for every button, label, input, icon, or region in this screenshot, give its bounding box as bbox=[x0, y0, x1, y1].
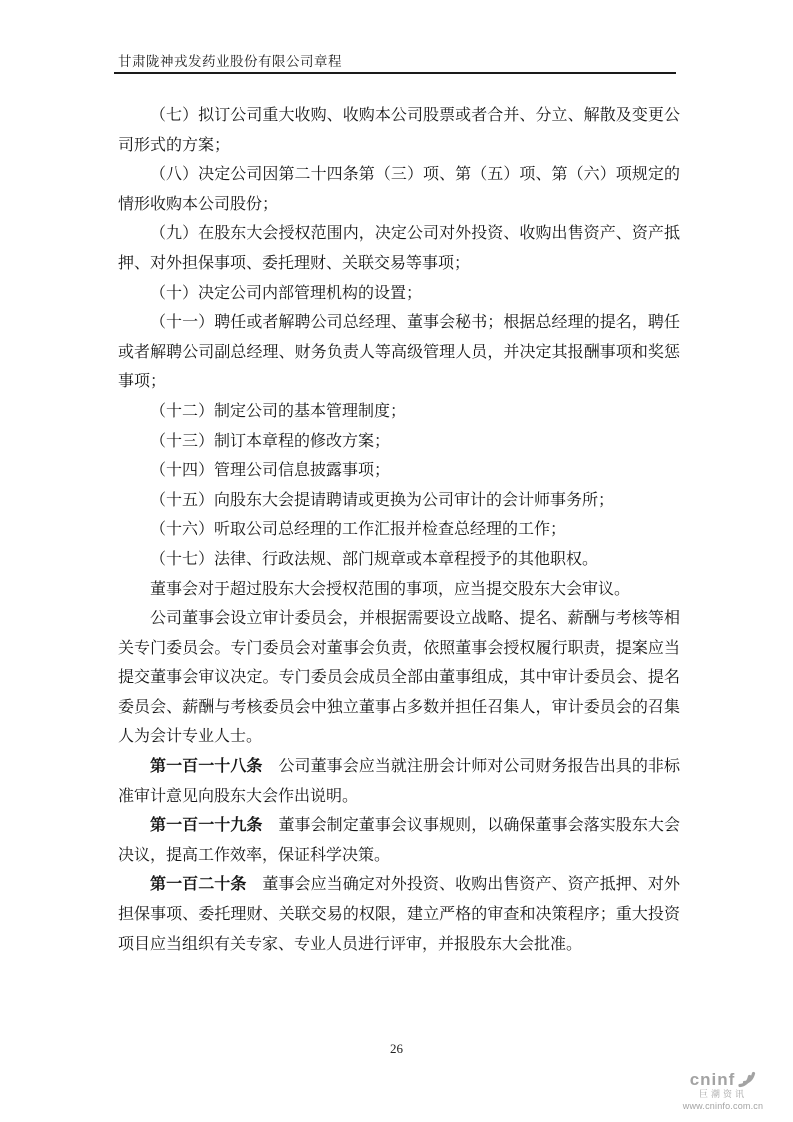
cninfo-chinese-name: 巨潮资讯 bbox=[663, 1090, 783, 1100]
paragraph: 公司董事会设立审计委员会，并根据需要设立战略、提名、薪酬与考核等相关专门委员会。… bbox=[118, 604, 680, 752]
paragraph-text: （十五）向股东大会提请聘请或更换为公司审计的会计师事务所； bbox=[150, 492, 614, 509]
paragraph-text: （七）拟订公司重大收购、收购本公司股票或者合并、分立、解散及变更公司形式的方案； bbox=[118, 107, 680, 154]
paragraph: （七）拟订公司重大收购、收购本公司股票或者合并、分立、解散及变更公司形式的方案； bbox=[118, 101, 680, 160]
paragraph: （十二）制定公司的基本管理制度； bbox=[118, 397, 680, 427]
paragraph-text: （十一）聘任或者解聘公司总经理、董事会秘书；根据总经理的提名，聘任或者解聘公司副… bbox=[118, 314, 680, 390]
paragraph-text: （十二）制定公司的基本管理制度； bbox=[150, 403, 406, 420]
paragraph: （十一）聘任或者解聘公司总经理、董事会秘书；根据总经理的提名，聘任或者解聘公司副… bbox=[118, 308, 680, 397]
paragraph: （八）决定公司因第二十四条第（三）项、第（五）项、第（六）项规定的情形收购本公司… bbox=[118, 160, 680, 219]
paragraph: 第一百一十八条公司董事会应当就注册会计师对公司财务报告出具的非标准审计意见向股东… bbox=[118, 752, 680, 811]
paragraph: （十四）管理公司信息披露事项； bbox=[118, 456, 680, 486]
paragraph: （十）决定公司内部管理机构的设置； bbox=[118, 279, 680, 309]
paragraph: （十三）制订本章程的修改方案； bbox=[118, 427, 680, 457]
paragraph: （九）在股东大会授权范围内，决定公司对外投资、收购出售资产、资产抵押、对外担保事… bbox=[118, 219, 680, 278]
paragraph-text: （九）在股东大会授权范围内，决定公司对外投资、收购出售资产、资产抵押、对外担保事… bbox=[118, 225, 680, 272]
paragraph: （十七）法律、行政法规、部门规章或本章程授予的其他职权。 bbox=[118, 545, 680, 575]
paragraph: 董事会对于超过股东大会授权范围的事项，应当提交股东大会审议。 bbox=[118, 575, 680, 605]
cninfo-url: www.cninfo.com.cn bbox=[663, 1102, 783, 1112]
paragraph-text: （十三）制订本章程的修改方案； bbox=[150, 433, 390, 450]
cninfo-logo-text: cninf bbox=[690, 1071, 736, 1090]
paragraph-text: 董事会对于超过股东大会授权范围的事项，应当提交股东大会审议。 bbox=[150, 581, 630, 598]
paragraph-text: （十四）管理公司信息披露事项； bbox=[150, 462, 390, 479]
paragraph-text: （十六）听取公司总经理的工作汇报并检查总经理的工作； bbox=[150, 521, 566, 538]
document-page: 甘肃陇神戎发药业股份有限公司章程 （七）拟订公司重大收购、收购本公司股票或者合并… bbox=[0, 0, 793, 1122]
article-number: 第一百一十九条 bbox=[150, 817, 262, 834]
paragraph: （十六）听取公司总经理的工作汇报并检查总经理的工作； bbox=[118, 515, 680, 545]
article-number: 第一百二十条 bbox=[150, 876, 246, 893]
document-body: （七）拟订公司重大收购、收购本公司股票或者合并、分立、解散及变更公司形式的方案；… bbox=[118, 101, 680, 959]
paragraph: （十五）向股东大会提请聘请或更换为公司审计的会计师事务所； bbox=[118, 486, 680, 516]
paragraph-text: 公司董事会设立审计委员会，并根据需要设立战略、提名、薪酬与考核等相关专门委员会。… bbox=[118, 610, 680, 745]
header-rule bbox=[114, 72, 676, 74]
paragraph: 第一百二十条董事会应当确定对外投资、收购出售资产、资产抵押、对外担保事项、委托理… bbox=[118, 870, 680, 959]
article-number: 第一百一十八条 bbox=[150, 758, 262, 775]
paragraph-text: （十七）法律、行政法规、部门规章或本章程授予的其他职权。 bbox=[150, 551, 598, 568]
page-header-title: 甘肃陇神戎发药业股份有限公司章程 bbox=[118, 50, 342, 70]
paragraph-text: （八）决定公司因第二十四条第（三）项、第（五）项、第（六）项规定的情形收购本公司… bbox=[118, 166, 680, 213]
page-number: 26 bbox=[0, 1041, 793, 1057]
cninfo-watermark: cninf 巨潮资讯 www.cninfo.com.cn bbox=[663, 1071, 783, 1112]
paragraph: 第一百一十九条董事会制定董事会议事规则，以确保董事会落实股东大会决议，提高工作效… bbox=[118, 811, 680, 870]
paragraph-text: （十）决定公司内部管理机构的设置； bbox=[150, 285, 422, 302]
cninfo-swirl-icon bbox=[737, 1071, 756, 1088]
